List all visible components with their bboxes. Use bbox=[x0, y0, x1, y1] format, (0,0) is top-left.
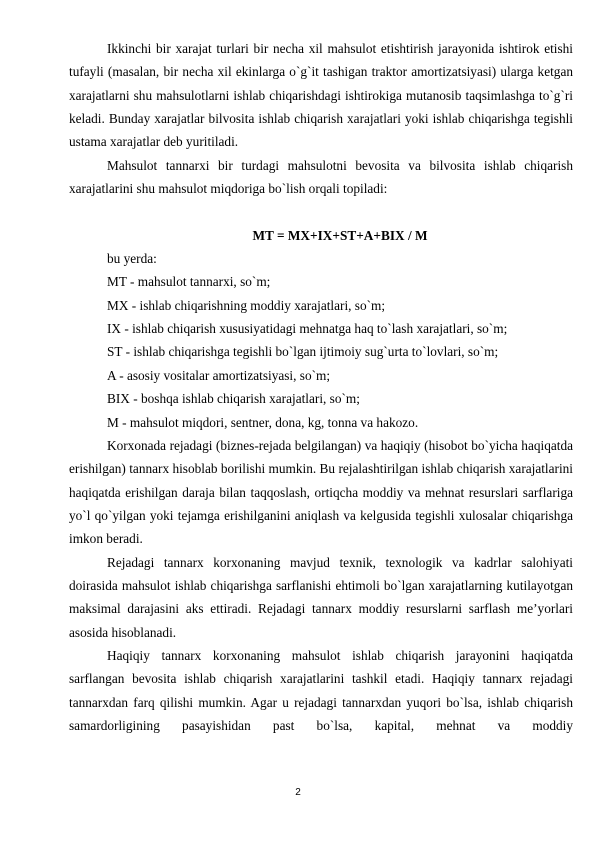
definition-item-m: M - mahsulot miqdori, sentner, dona, kg,… bbox=[69, 411, 573, 434]
definition-item-mt: MT - mahsulot tannarxi, so`m; bbox=[69, 270, 573, 293]
definition-item-mx: MX - ishlab chiqarishning moddiy xarajat… bbox=[69, 294, 573, 317]
definitions-intro: bu yerda: bbox=[69, 247, 573, 270]
definition-item-st: ST - ishlab chiqarishga tegishli bo`lgan… bbox=[69, 340, 573, 363]
cost-formula: MT = MX+IX+ST+A+BIX / M bbox=[69, 224, 573, 247]
page-number: 2 bbox=[0, 787, 596, 798]
paragraph-planned-cost: Rejadagi tannarx korxonaning mavjud texn… bbox=[69, 551, 573, 644]
paragraph-planned-vs-actual: Korxonada rejadagi (biznes-rejada belgil… bbox=[69, 434, 573, 551]
paragraph-indirect-costs: Ikkinchi bir xarajat turlari bir necha x… bbox=[69, 37, 573, 154]
definition-item-ix: IX - ishlab chiqarish xususiyatidagi meh… bbox=[69, 317, 573, 340]
definition-item-a: A - asosiy vositalar amortizatsiyasi, so… bbox=[69, 364, 573, 387]
paragraph-actual-cost: Haqiqiy tannarx korxonaning mahsulot ish… bbox=[69, 644, 573, 737]
spacer bbox=[69, 200, 573, 223]
paragraph-cost-formula-intro: Mahsulot tannarxi bir turdagi mahsulotni… bbox=[69, 154, 573, 201]
definition-item-bix: BIX - boshqa ishlab chiqarish xarajatlar… bbox=[69, 387, 573, 410]
document-page: Ikkinchi bir xarajat turlari bir necha x… bbox=[69, 37, 573, 737]
